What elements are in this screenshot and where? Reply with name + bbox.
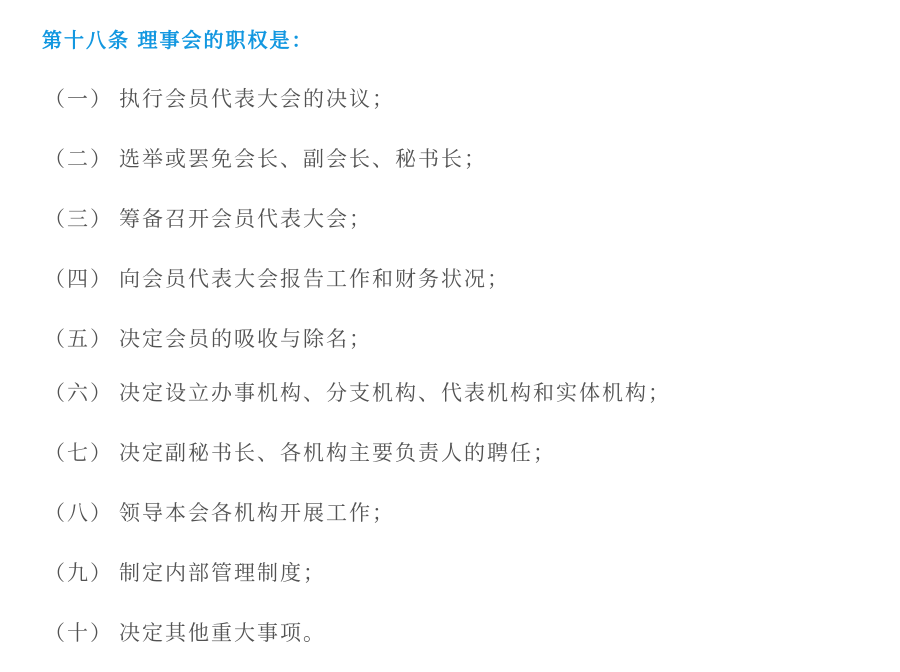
list-item: （九）制定内部管理制度；	[44, 560, 860, 588]
article-item-list: （一）执行会员代表大会的决议； （二）选举或罢免会长、副会长、秘书长； （三）筹…	[42, 86, 860, 648]
page-title: 第十八条 理事会的职权是：	[42, 28, 860, 54]
item-number: （九）	[44, 562, 113, 585]
item-number: （十）	[44, 622, 113, 645]
item-text: 选举或罢免会长、副会长、秘书长；	[119, 148, 487, 171]
item-text: 向会员代表大会报告工作和财务状况；	[119, 268, 510, 291]
item-text: 领导本会各机构开展工作；	[119, 502, 395, 525]
item-number: （二）	[44, 148, 113, 171]
item-text: 决定会员的吸收与除名；	[119, 328, 372, 351]
list-item: （七）决定副秘书长、各机构主要负责人的聘任；	[44, 440, 860, 468]
item-text: 筹备召开会员代表大会；	[119, 208, 372, 231]
list-item: （一）执行会员代表大会的决议；	[44, 86, 860, 114]
item-text: 决定副秘书长、各机构主要负责人的聘任；	[119, 442, 556, 465]
item-number: （七）	[44, 442, 113, 465]
article-page: 第十八条 理事会的职权是： （一）执行会员代表大会的决议； （二）选举或罢免会长…	[0, 0, 900, 672]
item-text: 制定内部管理制度；	[119, 562, 326, 585]
item-text: 决定其他重大事项。	[119, 622, 326, 645]
item-text: 决定设立办事机构、分支机构、代表机构和实体机构；	[119, 382, 671, 405]
item-number: （四）	[44, 268, 113, 291]
item-number: （一）	[44, 88, 113, 111]
item-number: （六）	[44, 382, 113, 405]
item-text: 执行会员代表大会的决议；	[119, 88, 395, 111]
item-number: （八）	[44, 502, 113, 525]
list-item: （五）决定会员的吸收与除名；	[44, 326, 860, 354]
list-item: （二）选举或罢免会长、副会长、秘书长；	[44, 146, 860, 174]
list-item: （三）筹备召开会员代表大会；	[44, 206, 860, 234]
item-number: （三）	[44, 208, 113, 231]
list-item: （六）决定设立办事机构、分支机构、代表机构和实体机构；	[44, 380, 860, 408]
item-number: （五）	[44, 328, 113, 351]
list-item: （十）决定其他重大事项。	[44, 620, 860, 648]
list-item: （四）向会员代表大会报告工作和财务状况；	[44, 266, 860, 294]
list-item: （八）领导本会各机构开展工作；	[44, 500, 860, 528]
